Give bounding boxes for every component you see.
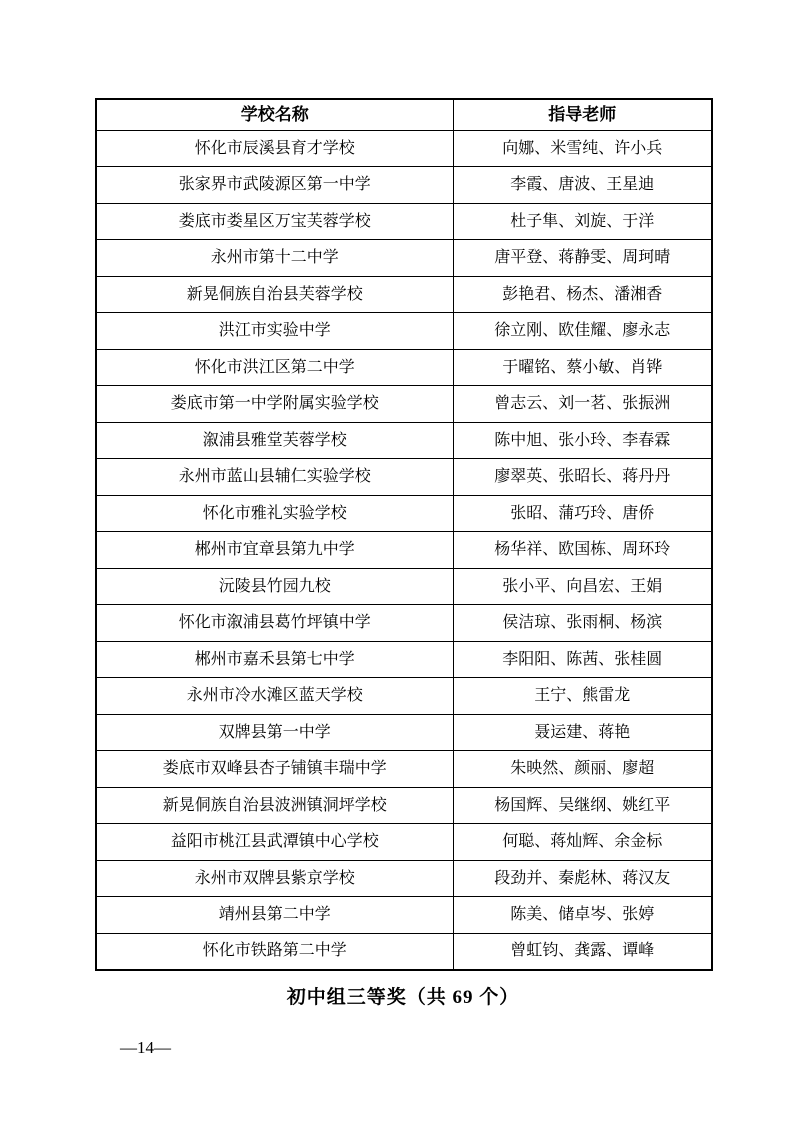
teachers-cell: 杜子隼、刘旋、于洋 (453, 203, 712, 240)
teachers-cell: 陈美、储卓岑、张婷 (453, 897, 712, 934)
school-name-cell: 怀化市洪江区第二中学 (96, 349, 453, 386)
table-row: 新晃侗族自治县波洲镇洞坪学校杨国辉、吴继纲、姚红平 (96, 787, 712, 824)
teachers-cell: 唐平登、蒋静雯、周珂晴 (453, 240, 712, 277)
table-row: 益阳市桃江县武潭镇中心学校何聪、蒋灿辉、余金标 (96, 824, 712, 861)
teachers-cell: 张小平、向昌宏、王娟 (453, 568, 712, 605)
teachers-cell: 李霞、唐波、王星迪 (453, 167, 712, 204)
teachers-cell: 杨华祥、欧国栋、周环玲 (453, 532, 712, 569)
school-name-cell: 怀化市铁路第二中学 (96, 933, 453, 970)
document-page: 学校名称 指导老师 怀化市辰溪县育才学校向娜、米雪纯、许小兵张家界市武陵源区第一… (0, 0, 793, 1122)
school-name-cell: 娄底市娄星区万宝芙蓉学校 (96, 203, 453, 240)
school-name-cell: 靖州县第二中学 (96, 897, 453, 934)
teachers-cell: 向娜、米雪纯、许小兵 (453, 130, 712, 167)
table-row: 永州市冷水滩区蓝天学校王宁、熊雷龙 (96, 678, 712, 715)
table-row: 怀化市辰溪县育才学校向娜、米雪纯、许小兵 (96, 130, 712, 167)
table-row: 永州市第十二中学唐平登、蒋静雯、周珂晴 (96, 240, 712, 277)
school-name-cell: 娄底市第一中学附属实验学校 (96, 386, 453, 423)
teachers-cell: 曾志云、刘一茗、张振洲 (453, 386, 712, 423)
table-row: 怀化市雅礼实验学校张昭、蒲巧玲、唐侨 (96, 495, 712, 532)
school-name-cell: 新晃侗族自治县波洲镇洞坪学校 (96, 787, 453, 824)
teachers-cell: 陈中旭、张小玲、李春霖 (453, 422, 712, 459)
teachers-cell: 段劲并、秦彪林、蒋汉友 (453, 860, 712, 897)
table-row: 郴州市嘉禾县第七中学李阳阳、陈茜、张桂圆 (96, 641, 712, 678)
teachers-cell: 彭艳君、杨杰、潘湘香 (453, 276, 712, 313)
table-row: 怀化市洪江区第二中学于曜铭、蔡小敏、肖铧 (96, 349, 712, 386)
table-row: 洪江市实验中学徐立刚、欧佳耀、廖永志 (96, 313, 712, 350)
teachers-cell: 李阳阳、陈茜、张桂圆 (453, 641, 712, 678)
school-name-cell: 郴州市宜章县第九中学 (96, 532, 453, 569)
school-name-cell: 永州市双牌县紫京学校 (96, 860, 453, 897)
school-name-cell: 双牌县第一中学 (96, 714, 453, 751)
teachers-cell: 杨国辉、吴继纲、姚红平 (453, 787, 712, 824)
teachers-cell: 聂运建、蒋艳 (453, 714, 712, 751)
teachers-cell: 侯洁琼、张雨桐、杨滨 (453, 605, 712, 642)
table-row: 娄底市双峰县杏子铺镇丰瑞中学朱映然、颜丽、廖超 (96, 751, 712, 788)
table-row: 怀化市铁路第二中学曾虹钧、龚露、谭峰 (96, 933, 712, 970)
school-name-cell: 怀化市溆浦县葛竹坪镇中学 (96, 605, 453, 642)
teachers-cell: 王宁、熊雷龙 (453, 678, 712, 715)
school-name-cell: 怀化市辰溪县育才学校 (96, 130, 453, 167)
table-row: 郴州市宜章县第九中学杨华祥、欧国栋、周环玲 (96, 532, 712, 569)
table-row: 张家界市武陵源区第一中学李霞、唐波、王星迪 (96, 167, 712, 204)
school-name-cell: 益阳市桃江县武潭镇中心学校 (96, 824, 453, 861)
school-name-cell: 新晃侗族自治县芙蓉学校 (96, 276, 453, 313)
table-row: 怀化市溆浦县葛竹坪镇中学侯洁琼、张雨桐、杨滨 (96, 605, 712, 642)
column-header-school-name: 学校名称 (96, 99, 453, 130)
teachers-cell: 何聪、蒋灿辉、余金标 (453, 824, 712, 861)
page-number: —14— (120, 1038, 171, 1058)
school-name-cell: 怀化市雅礼实验学校 (96, 495, 453, 532)
teachers-cell: 曾虹钧、龚露、谭峰 (453, 933, 712, 970)
school-name-cell: 永州市第十二中学 (96, 240, 453, 277)
table-row: 永州市双牌县紫京学校段劲并、秦彪林、蒋汉友 (96, 860, 712, 897)
awards-table: 学校名称 指导老师 怀化市辰溪县育才学校向娜、米雪纯、许小兵张家界市武陵源区第一… (95, 98, 713, 971)
school-name-cell: 郴州市嘉禾县第七中学 (96, 641, 453, 678)
table-row: 娄底市娄星区万宝芙蓉学校杜子隼、刘旋、于洋 (96, 203, 712, 240)
column-header-teachers: 指导老师 (453, 99, 712, 130)
table-row: 沅陵县竹园九校张小平、向昌宏、王娟 (96, 568, 712, 605)
table-row: 靖州县第二中学陈美、储卓岑、张婷 (96, 897, 712, 934)
school-name-cell: 洪江市实验中学 (96, 313, 453, 350)
school-name-cell: 张家界市武陵源区第一中学 (96, 167, 453, 204)
table-row: 永州市蓝山县辅仁实验学校廖翠英、张昭长、蒋丹丹 (96, 459, 712, 496)
table-header-row: 学校名称 指导老师 (96, 99, 712, 130)
school-name-cell: 永州市蓝山县辅仁实验学校 (96, 459, 453, 496)
school-name-cell: 溆浦县雅堂芙蓉学校 (96, 422, 453, 459)
teachers-cell: 徐立刚、欧佳耀、廖永志 (453, 313, 712, 350)
teachers-cell: 朱映然、颜丽、廖超 (453, 751, 712, 788)
teachers-cell: 廖翠英、张昭长、蒋丹丹 (453, 459, 712, 496)
table-row: 新晃侗族自治县芙蓉学校彭艳君、杨杰、潘湘香 (96, 276, 712, 313)
teachers-cell: 于曜铭、蔡小敏、肖铧 (453, 349, 712, 386)
table-row: 双牌县第一中学聂运建、蒋艳 (96, 714, 712, 751)
award-group-caption: 初中组三等奖（共 69 个） (95, 982, 711, 1009)
teachers-cell: 张昭、蒲巧玲、唐侨 (453, 495, 712, 532)
table-row: 溆浦县雅堂芙蓉学校陈中旭、张小玲、李春霖 (96, 422, 712, 459)
table-row: 娄底市第一中学附属实验学校曾志云、刘一茗、张振洲 (96, 386, 712, 423)
school-name-cell: 沅陵县竹园九校 (96, 568, 453, 605)
school-name-cell: 娄底市双峰县杏子铺镇丰瑞中学 (96, 751, 453, 788)
school-name-cell: 永州市冷水滩区蓝天学校 (96, 678, 453, 715)
